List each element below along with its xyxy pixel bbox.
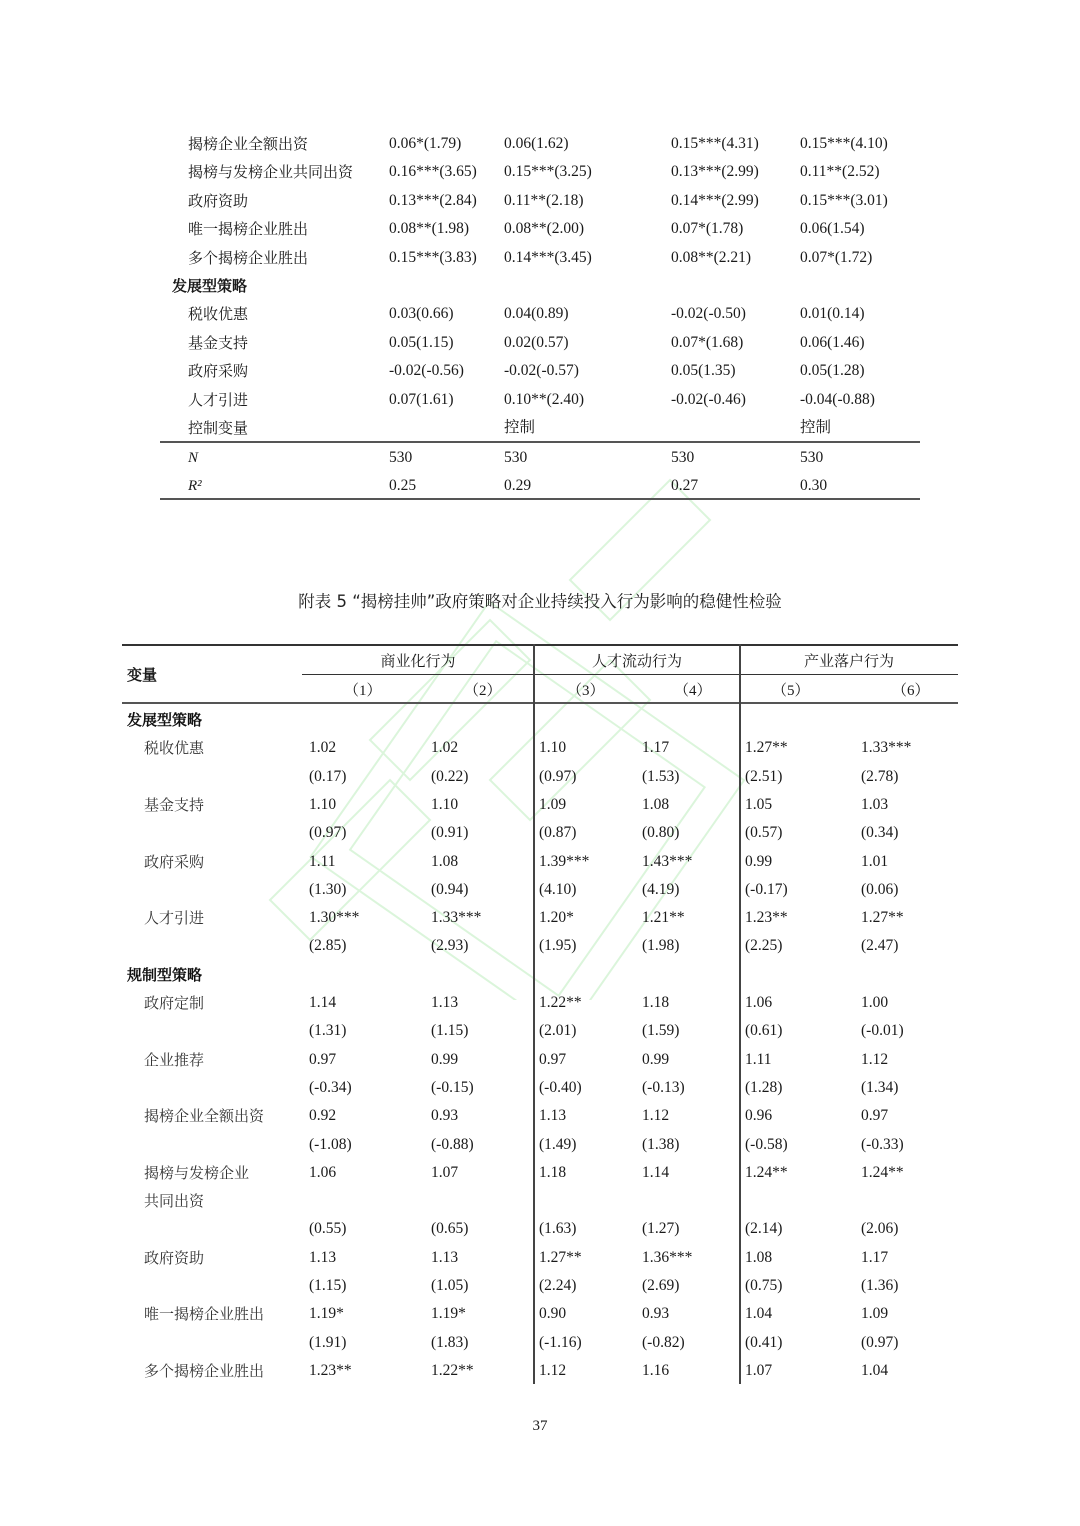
cell: (1.05) — [431, 1272, 468, 1300]
cell: (0.17) — [309, 763, 346, 791]
cell: 1.08 — [642, 791, 669, 819]
group-header-talent-flow: 人才流动行为 — [534, 650, 740, 671]
cell: 0.93 — [431, 1102, 458, 1130]
cell: (1.38) — [642, 1131, 679, 1159]
cell: 1.03 — [861, 791, 888, 819]
cell: 0.08**(2.21) — [671, 244, 751, 272]
cell: (0.97) — [539, 763, 576, 791]
cell: (-0.17) — [745, 876, 788, 904]
row-label: 基金支持 — [188, 329, 248, 357]
cell: 0.97 — [309, 1046, 336, 1074]
cell: 0.11**(2.52) — [800, 158, 880, 186]
cell: 1.14 — [642, 1159, 669, 1187]
cell: 1.02 — [431, 734, 458, 762]
variable-header: 变量 — [127, 664, 157, 685]
stat-label: R² — [188, 472, 202, 500]
cell: 0.93 — [642, 1300, 669, 1328]
cell: 0.99 — [745, 848, 772, 876]
cell: (1.91) — [309, 1329, 346, 1357]
cell: (2.01) — [539, 1017, 576, 1045]
stat-label: N — [188, 444, 198, 472]
cell: 1.33*** — [431, 904, 481, 932]
cell: 0.13***(2.84) — [389, 187, 477, 215]
cell: 1.17 — [861, 1244, 888, 1272]
cell: (1.15) — [431, 1017, 468, 1045]
cell: (1.15) — [309, 1272, 346, 1300]
cell: 0.30 — [800, 472, 827, 500]
row-label: 多个揭榜企业胜出 — [188, 244, 308, 272]
row-label: 多个揭榜企业胜出 — [144, 1357, 264, 1385]
cell: 0.25 — [389, 472, 416, 500]
cell: 0.04(0.89) — [504, 300, 569, 328]
cell: (-0.01) — [861, 1017, 904, 1045]
cell: 0.92 — [309, 1102, 336, 1130]
table-row: 揭榜与发榜企业1.061.071.181.141.24**1.24** — [122, 1159, 958, 1187]
table-row: (1.91)(1.83)(-1.16)(-0.82)(0.41)(0.97) — [122, 1329, 958, 1357]
table-row: 政府资助0.13***(2.84)0.11**(2.18)0.14***(2.9… — [160, 187, 920, 215]
cell: (2.69) — [642, 1272, 679, 1300]
table-row: 多个揭榜企业胜出1.23**1.22**1.121.161.071.04 — [122, 1357, 958, 1385]
cell: 0.07*(1.68) — [671, 329, 743, 357]
cell: 1.30*** — [309, 904, 359, 932]
cell: (0.87) — [539, 819, 576, 847]
page-number: 37 — [0, 1418, 1080, 1435]
cell: -0.02(-0.57) — [504, 357, 579, 385]
table-row: (0.55)(0.65)(1.63)(1.27)(2.14)(2.06) — [122, 1215, 958, 1243]
table-row: (-1.08)(-0.88)(1.49)(1.38)(-0.58)(-0.33) — [122, 1131, 958, 1159]
row-label: 发展型策略 — [127, 706, 202, 734]
cell: 530 — [504, 444, 527, 472]
cell: (0.06) — [861, 876, 898, 904]
cell: (1.28) — [745, 1074, 782, 1102]
cell: (1.31) — [309, 1017, 346, 1045]
cell: 1.00 — [861, 989, 888, 1017]
cell: (-0.34) — [309, 1074, 352, 1102]
table-row: 共同出资 — [122, 1187, 958, 1215]
col-number: （2） — [464, 679, 502, 700]
table-row: 人才引进0.07(1.61)0.10**(2.40)-0.02(-0.46)-0… — [160, 386, 920, 414]
cell: 0.97 — [861, 1102, 888, 1130]
cell: 530 — [671, 444, 694, 472]
cell: (0.61) — [745, 1017, 782, 1045]
cell: (0.65) — [431, 1215, 468, 1243]
cell: (1.83) — [431, 1329, 468, 1357]
cell: 1.14 — [309, 989, 336, 1017]
stat-row: N530530530530 — [160, 444, 920, 472]
cell: (0.94) — [431, 876, 468, 904]
cell: 1.06 — [745, 989, 772, 1017]
cell: 1.12 — [861, 1046, 888, 1074]
cell: 1.11 — [745, 1046, 772, 1074]
cell: 1.27** — [861, 904, 904, 932]
cell: -0.02(-0.46) — [671, 386, 746, 414]
row-label: 人才引进 — [144, 904, 204, 932]
cell: 0.03(0.66) — [389, 300, 454, 328]
cell: 0.07*(1.78) — [671, 215, 743, 243]
cell: (1.30) — [309, 876, 346, 904]
cell: 1.13 — [309, 1244, 336, 1272]
table-row: 人才引进1.30***1.33***1.20*1.21**1.23**1.27*… — [122, 904, 958, 932]
row-label: 发展型策略 — [172, 272, 247, 300]
cell: 1.19* — [431, 1300, 466, 1328]
cell: 0.99 — [431, 1046, 458, 1074]
cell: 1.04 — [861, 1357, 888, 1385]
cell: (0.97) — [861, 1329, 898, 1357]
cell: 0.06(1.54) — [800, 215, 865, 243]
cell: 0.08**(1.98) — [389, 215, 469, 243]
col-number: （4） — [674, 679, 712, 700]
cell: 0.11**(2.18) — [504, 187, 584, 215]
group-header-industry-settlement: 产业落户行为 — [740, 650, 958, 671]
cell: 0.90 — [539, 1300, 566, 1328]
cell: 1.10 — [539, 734, 566, 762]
cell: 0.06(1.46) — [800, 329, 865, 357]
cell: (2.25) — [745, 932, 782, 960]
group-header-commercialization: 商业化行为 — [302, 650, 534, 671]
table-row: (1.30)(0.94)(4.10)(4.19)(-0.17)(0.06) — [122, 876, 958, 904]
cell: (1.53) — [642, 763, 679, 791]
cell: -0.02(-0.50) — [671, 300, 746, 328]
cell: 1.10 — [431, 791, 458, 819]
cell: 1.08 — [431, 848, 458, 876]
cell: (1.34) — [861, 1074, 898, 1102]
cell: 0.07(1.61) — [389, 386, 454, 414]
cell: (0.97) — [309, 819, 346, 847]
row-label: 规制型策略 — [127, 961, 202, 989]
cell: 1.04 — [745, 1300, 772, 1328]
cell: (-0.13) — [642, 1074, 685, 1102]
cell: 1.23** — [745, 904, 788, 932]
row-label: 控制变量 — [188, 414, 248, 442]
cell: 1.17 — [642, 734, 669, 762]
col-number: （5） — [772, 679, 810, 700]
table-row: 税收优惠0.03(0.66)0.04(0.89)-0.02(-0.50)0.01… — [160, 300, 920, 328]
cell: (-1.08) — [309, 1131, 352, 1159]
table-row: 政府采购-0.02(-0.56)-0.02(-0.57)0.05(1.35)0.… — [160, 357, 920, 385]
cell: 1.16 — [642, 1357, 669, 1385]
cell: 1.20* — [539, 904, 574, 932]
row-label: 唯一揭榜企业胜出 — [144, 1300, 264, 1328]
cell: 1.08 — [745, 1244, 772, 1272]
cell: 1.07 — [431, 1159, 458, 1187]
table-row: 揭榜与发榜企业共同出资0.16***(3.65)0.15***(3.25)0.1… — [160, 158, 920, 186]
cell: 1.27** — [745, 734, 788, 762]
row-label: 政府采购 — [188, 357, 248, 385]
table-row: 企业推荐0.970.990.970.991.111.12 — [122, 1046, 958, 1074]
cell: 1.21** — [642, 904, 685, 932]
cell: (2.06) — [861, 1215, 898, 1243]
header-rule — [122, 702, 958, 704]
cell: 控制 — [800, 414, 831, 442]
table-row: 基金支持1.101.101.091.081.051.03 — [122, 791, 958, 819]
table-row: 唯一揭榜企业胜出0.08**(1.98)0.08**(2.00)0.07*(1.… — [160, 215, 920, 243]
cell: 0.01(0.14) — [800, 300, 865, 328]
cell: 1.13 — [539, 1102, 566, 1130]
cell: (2.78) — [861, 763, 898, 791]
table-row: 揭榜企业全额出资0.06*(1.79)0.06(1.62)0.15***(4.3… — [160, 130, 920, 158]
cell: 0.14***(2.99) — [671, 187, 759, 215]
cell: 0.29 — [504, 472, 531, 500]
cell: 0.15***(4.31) — [671, 130, 759, 158]
row-label: 揭榜与发榜企业 — [144, 1159, 249, 1187]
cell: 1.13 — [431, 989, 458, 1017]
cell: (2.47) — [861, 932, 898, 960]
cell: (-0.15) — [431, 1074, 474, 1102]
cell: 0.99 — [642, 1046, 669, 1074]
cell: 1.27** — [539, 1244, 582, 1272]
cell: 0.97 — [539, 1046, 566, 1074]
row-label: 企业推荐 — [144, 1046, 204, 1074]
stat-row: R²0.250.290.270.30 — [160, 472, 920, 500]
cell: (0.80) — [642, 819, 679, 847]
cell: 0.15***(3.83) — [389, 244, 477, 272]
cell: 1.24** — [861, 1159, 904, 1187]
cell: 1.12 — [642, 1102, 669, 1130]
cell: 1.43*** — [642, 848, 692, 876]
cell: 0.05(1.15) — [389, 329, 454, 357]
row-label: 揭榜企业全额出资 — [188, 130, 308, 158]
cell: (2.93) — [431, 932, 468, 960]
cell: (0.57) — [745, 819, 782, 847]
section-row: 规制型策略 — [122, 961, 958, 989]
cell: (-0.88) — [431, 1131, 474, 1159]
cell: (2.85) — [309, 932, 346, 960]
cell: 0.16***(3.65) — [389, 158, 477, 186]
cell: -0.02(-0.56) — [389, 357, 464, 385]
cell: 0.05(1.35) — [671, 357, 736, 385]
cell: 1.05 — [745, 791, 772, 819]
table-row: 政府资助1.131.131.27**1.36***1.081.17 — [122, 1244, 958, 1272]
continued-regression-table: 揭榜企业全额出资0.06*(1.79)0.06(1.62)0.15***(4.3… — [160, 130, 920, 442]
section-row: 发展型策略 — [122, 706, 958, 734]
cell: (2.14) — [745, 1215, 782, 1243]
row-label: 税收优惠 — [188, 300, 248, 328]
cell: (2.24) — [539, 1272, 576, 1300]
cell: 0.14***(3.45) — [504, 244, 592, 272]
cell: (-0.58) — [745, 1131, 788, 1159]
cell: 0.02(0.57) — [504, 329, 569, 357]
cell: 1.11 — [309, 848, 336, 876]
row-label: 唯一揭榜企业胜出 — [188, 215, 308, 243]
cell: 1.01 — [861, 848, 888, 876]
cell: 1.02 — [309, 734, 336, 762]
cell: (1.98) — [642, 932, 679, 960]
cell: (1.59) — [642, 1017, 679, 1045]
row-label: 人才引进 — [188, 386, 248, 414]
row-label: 政府定制 — [144, 989, 204, 1017]
row-label: 揭榜企业全额出资 — [144, 1102, 264, 1130]
cell: (-0.33) — [861, 1131, 904, 1159]
table-row: (1.15)(1.05)(2.24)(2.69)(0.75)(1.36) — [122, 1272, 958, 1300]
cell: 0.15***(3.01) — [800, 187, 888, 215]
cell: 0.15***(4.10) — [800, 130, 888, 158]
table-title: 附表 5 “揭榜挂帅”政府策略对企业持续投入行为影响的稳健性检验 — [0, 588, 1080, 612]
cell: 0.07*(1.72) — [800, 244, 872, 272]
cell: 0.10**(2.40) — [504, 386, 584, 414]
cell: 1.19* — [309, 1300, 344, 1328]
table-row: 揭榜企业全额出资0.920.931.131.120.960.97 — [122, 1102, 958, 1130]
cell: 1.13 — [431, 1244, 458, 1272]
table-row: 唯一揭榜企业胜出1.19*1.19*0.900.931.041.09 — [122, 1300, 958, 1328]
cell: 530 — [389, 444, 412, 472]
cell: 1.23** — [309, 1357, 352, 1385]
cell: (0.55) — [309, 1215, 346, 1243]
cell: (0.41) — [745, 1329, 782, 1357]
cell: -0.04(-0.88) — [800, 386, 875, 414]
table-row: 税收优惠1.021.021.101.171.27**1.33*** — [122, 734, 958, 762]
cell: 0.06(1.62) — [504, 130, 569, 158]
cell: 1.36*** — [642, 1244, 692, 1272]
cell: (2.51) — [745, 763, 782, 791]
table-row: 政府定制1.141.131.22**1.181.061.00 — [122, 989, 958, 1017]
cell: (1.49) — [539, 1131, 576, 1159]
row-label: 政府资助 — [188, 187, 248, 215]
cell: 1.22** — [431, 1357, 474, 1385]
cell: 1.18 — [642, 989, 669, 1017]
table-row: 政府采购1.111.081.39***1.43***0.991.01 — [122, 848, 958, 876]
cell: 1.09 — [539, 791, 566, 819]
cell: (1.63) — [539, 1215, 576, 1243]
col-number: （3） — [567, 679, 605, 700]
row-label: 基金支持 — [144, 791, 204, 819]
row-label: 政府采购 — [144, 848, 204, 876]
cell: 1.33*** — [861, 734, 911, 762]
table-row: (0.17)(0.22)(0.97)(1.53)(2.51)(2.78) — [122, 763, 958, 791]
cell: 1.24** — [745, 1159, 788, 1187]
table-row: (-0.34)(-0.15)(-0.40)(-0.13)(1.28)(1.34) — [122, 1074, 958, 1102]
cell: 1.18 — [539, 1159, 566, 1187]
table-row: 基金支持0.05(1.15)0.02(0.57)0.07*(1.68)0.06(… — [160, 329, 920, 357]
cell: 0.05(1.28) — [800, 357, 865, 385]
table-bottomrule — [160, 498, 920, 500]
table-toprule — [122, 644, 958, 646]
cell: (-0.40) — [539, 1074, 582, 1102]
cell: 1.22** — [539, 989, 582, 1017]
table-row: (0.97)(0.91)(0.87)(0.80)(0.57)(0.34) — [122, 819, 958, 847]
row-label: 共同出资 — [144, 1187, 204, 1215]
cell: 控制 — [504, 414, 535, 442]
table-row: 控制变量控制控制 — [160, 414, 920, 442]
cell: 0.08**(2.00) — [504, 215, 584, 243]
cell: 1.10 — [309, 791, 336, 819]
cell: (0.34) — [861, 819, 898, 847]
cell: (-0.82) — [642, 1329, 685, 1357]
cell: 0.27 — [671, 472, 698, 500]
cell: (1.36) — [861, 1272, 898, 1300]
cell: 1.07 — [745, 1357, 772, 1385]
col-number: （1） — [344, 679, 382, 700]
table-row: (1.31)(1.15)(2.01)(1.59)(0.61)(-0.01) — [122, 1017, 958, 1045]
cell: (1.27) — [642, 1215, 679, 1243]
section-row: 发展型策略 — [160, 272, 920, 300]
cell: (0.22) — [431, 763, 468, 791]
header-subrule — [302, 674, 958, 675]
cell: 0.15***(3.25) — [504, 158, 592, 186]
cell: (4.10) — [539, 876, 576, 904]
cell: (4.19) — [642, 876, 679, 904]
cell: 0.96 — [745, 1102, 772, 1130]
cell: 1.12 — [539, 1357, 566, 1385]
cell: 0.06*(1.79) — [389, 130, 461, 158]
cell: (1.95) — [539, 932, 576, 960]
cell: 0.13***(2.99) — [671, 158, 759, 186]
cell: (0.91) — [431, 819, 468, 847]
table-row: (2.85)(2.93)(1.95)(1.98)(2.25)(2.47) — [122, 932, 958, 960]
cell: (0.75) — [745, 1272, 782, 1300]
row-label: 税收优惠 — [144, 734, 204, 762]
row-label: 揭榜与发榜企业共同出资 — [188, 158, 353, 186]
cell: (-1.16) — [539, 1329, 582, 1357]
table-midrule — [160, 441, 920, 443]
table-row: 多个揭榜企业胜出0.15***(3.83)0.14***(3.45)0.08**… — [160, 244, 920, 272]
cell: 530 — [800, 444, 823, 472]
cell: 1.39*** — [539, 848, 589, 876]
col-number: （6） — [892, 679, 930, 700]
cell: 1.09 — [861, 1300, 888, 1328]
row-label: 政府资助 — [144, 1244, 204, 1272]
cell: 1.06 — [309, 1159, 336, 1187]
